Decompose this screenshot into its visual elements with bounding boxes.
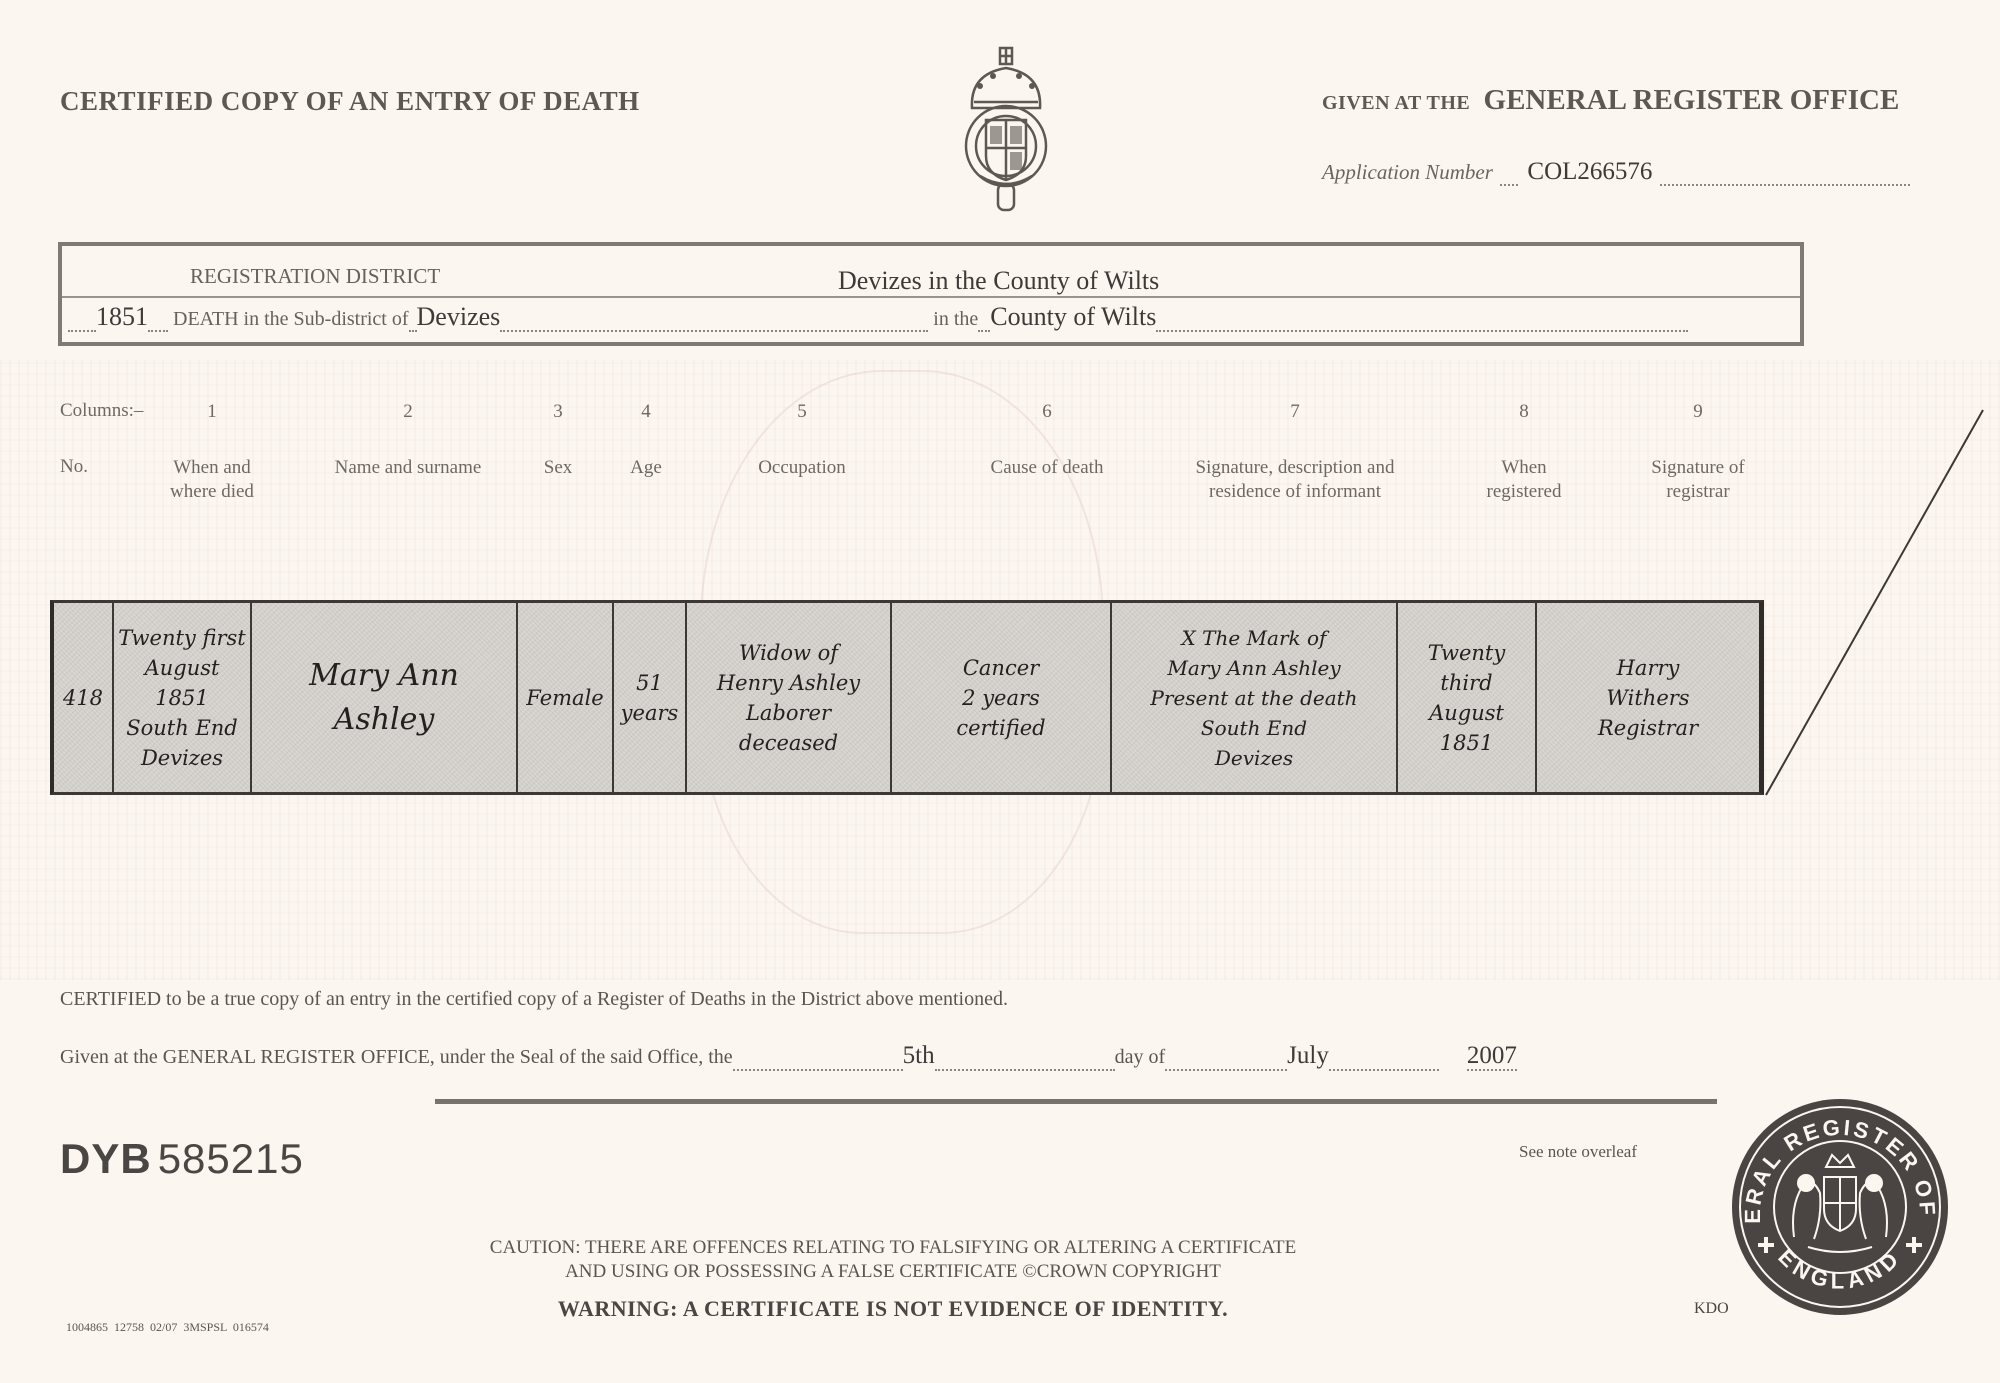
column-number-1: 1 [192, 400, 232, 424]
general-register-office-seal-icon: GENERAL REGISTER OFFICE ENGLAND [1730, 1097, 1950, 1317]
entry-text: Ashley [334, 698, 435, 742]
column-number-8: 8 [1504, 400, 1544, 424]
entry-text: Mary Ann [309, 654, 459, 698]
entry-text: South End [1201, 713, 1307, 743]
column-heading-name-surname: Name and surname [308, 456, 508, 480]
entry-text: third [1440, 668, 1492, 698]
column-heading-occupation: Occupation [732, 456, 872, 480]
serial-number: 585215 [158, 1135, 304, 1182]
serial-prefix: DYB [60, 1135, 152, 1182]
certificate-title: CERTIFIED COPY OF AN ENTRY OF DEATH [60, 86, 640, 117]
dotted-leader [733, 1069, 903, 1071]
column-number-6: 6 [1027, 400, 1067, 424]
entry-text: Mary Ann Ashley [1167, 653, 1340, 683]
royal-coat-of-arms-icon [960, 46, 1052, 214]
entry-number: 418 [54, 603, 114, 792]
heading-line: When [1469, 456, 1579, 480]
entry-text: Present at the death [1150, 683, 1357, 713]
given-month: July [1287, 1042, 1329, 1069]
dotted-leader [1156, 330, 1688, 332]
certification-statement: CERTIFIED to be a true copy of an entry … [60, 988, 1008, 1011]
columns-label: Columns:– [60, 400, 143, 422]
given-at-office: GENERAL REGISTER OFFICE [1484, 84, 1900, 116]
entry-text: X The Mark of [1182, 623, 1327, 653]
entry-cause-of-death: Cancer 2 years certified [892, 603, 1112, 792]
application-number-field: Application Number COL266576 [1322, 158, 1910, 186]
certificate-serial: DYB585215 [60, 1135, 304, 1183]
entry-text: Female [526, 683, 603, 713]
heading-line: residence of informant [1165, 480, 1425, 504]
column-heading-sex: Sex [528, 456, 588, 480]
dotted-leader [1329, 1069, 1439, 1071]
dotted-leader [1500, 184, 1518, 186]
see-note-overleaf: See note overleaf [1519, 1142, 1637, 1162]
registration-district-label: REGISTRATION DISTRICT [190, 264, 440, 289]
entry-text: Cancer [963, 653, 1039, 683]
heading-line: Signature of [1633, 456, 1763, 480]
entry-text: deceased [739, 728, 838, 758]
column-heading-no: No. [60, 456, 88, 478]
column-heading-age: Age [616, 456, 676, 480]
heading-line: registered [1469, 480, 1579, 504]
entry-text: 51 [636, 668, 663, 698]
entry-when-where-died: Twenty first August 1851 South End Deviz… [114, 603, 252, 792]
county-value: County of Wilts [990, 302, 1156, 331]
dotted-leader [68, 330, 96, 332]
entry-name: Mary Ann Ashley [252, 603, 518, 792]
entry-text: Henry Ashley [717, 668, 860, 698]
heading-line: Signature, description and [1165, 456, 1425, 480]
dotted-leader [148, 330, 168, 332]
entry-when-registered: Twenty third August 1851 [1398, 603, 1537, 792]
column-number-9: 9 [1678, 400, 1718, 424]
subdistrict-value: Devizes [417, 302, 501, 331]
print-code: 1004865 12758 02/07 3MSPSL 016574 [66, 1320, 269, 1335]
entry-text: Harry [1617, 653, 1680, 683]
death-subdistrict-label: DEATH in the Sub-district of [173, 308, 409, 330]
register-entry-row: 418 Twenty first August 1851 South End D… [50, 600, 1764, 795]
given-year: 2007 [1467, 1042, 1517, 1071]
entry-text: Withers [1606, 683, 1689, 713]
registration-district-value: Devizes in the County of Wilts [838, 266, 1159, 296]
registration-district-box: REGISTRATION DISTRICT Devizes in the Cou… [58, 242, 1804, 346]
entry-text: South End [126, 713, 238, 743]
dotted-leader [935, 1069, 1115, 1071]
caution-line: CAUTION: THERE ARE OFFENCES RELATING TO … [420, 1236, 1366, 1260]
heading-line: Sex [528, 456, 588, 480]
entry-text: 418 [63, 683, 103, 713]
dotted-leader [1165, 1069, 1287, 1071]
given-at-small: GIVEN AT THE [1322, 92, 1470, 114]
caution-notice: CAUTION: THERE ARE OFFENCES RELATING TO … [420, 1236, 1366, 1284]
given-prefix: Given at the GENERAL REGISTER OFFICE, un… [60, 1046, 733, 1068]
registration-year: 1851 [96, 302, 148, 331]
entry-text: Widow of [739, 638, 838, 668]
entry-text: Laborer [746, 698, 831, 728]
office-initials: KDO [1694, 1300, 1729, 1318]
column-number-5: 5 [782, 400, 822, 424]
column-heading-cause-of-death: Cause of death [957, 456, 1137, 480]
entry-text: 1851 [155, 683, 208, 713]
dotted-leader [409, 330, 417, 332]
heading-line: Name and surname [308, 456, 508, 480]
dotted-leader [1660, 184, 1910, 186]
given-at-heading: GIVEN AT THE GENERAL REGISTER OFFICE [1322, 84, 1899, 117]
day-of-label: day of [1115, 1046, 1166, 1068]
sub-district-row: 1851 DEATH in the Sub-district ofDevizes… [68, 302, 1688, 332]
column-heading-registrar: Signature of registrar [1633, 456, 1763, 504]
heading-line: Occupation [732, 456, 872, 480]
column-number-3: 3 [538, 400, 578, 424]
entry-text: Twenty [1428, 638, 1506, 668]
entry-text: Devizes [141, 743, 223, 773]
identity-warning: WARNING: A CERTIFICATE IS NOT EVIDENCE O… [420, 1296, 1366, 1322]
dotted-leader [500, 330, 928, 332]
divider [62, 296, 1800, 298]
column-number-7: 7 [1275, 400, 1315, 424]
horizontal-rule [435, 1099, 1717, 1104]
heading-line: When and [142, 456, 282, 480]
column-number-4: 4 [626, 400, 666, 424]
column-heading-informant: Signature, description and residence of … [1165, 456, 1425, 504]
column-heading-when-registered: When registered [1469, 456, 1579, 504]
given-day: 5th [903, 1042, 935, 1069]
given-date-line: Given at the GENERAL REGISTER OFFICE, un… [60, 1042, 1517, 1071]
entry-sex: Female [518, 603, 614, 792]
column-heading-when-where-died: When and where died [142, 456, 282, 504]
entry-text: Registrar [1598, 713, 1698, 743]
entry-informant: X The Mark of Mary Ann Ashley Present at… [1112, 603, 1398, 792]
entry-text: certified [956, 713, 1045, 743]
entry-text: Devizes [1215, 743, 1293, 773]
in-the-label: in the [933, 308, 978, 330]
entry-text: 2 years [962, 683, 1040, 713]
application-number-label: Application Number [1322, 160, 1493, 184]
entry-text: 1851 [1440, 728, 1493, 758]
entry-text: August [145, 653, 220, 683]
heading-line: registrar [1633, 480, 1763, 504]
entry-age: 51 years [614, 603, 687, 792]
dotted-leader [978, 330, 990, 332]
entry-registrar: Harry Withers Registrar [1537, 603, 1759, 792]
heading-line: where died [142, 480, 282, 504]
heading-line: Cause of death [957, 456, 1137, 480]
entry-text: years [621, 698, 679, 728]
application-number-value: COL266576 [1527, 158, 1652, 185]
column-number-2: 2 [388, 400, 428, 424]
entry-text: August [1429, 698, 1504, 728]
entry-occupation: Widow of Henry Ashley Laborer deceased [687, 603, 892, 792]
heading-line: Age [616, 456, 676, 480]
entry-text: Twenty first [118, 623, 245, 653]
caution-line: AND USING OR POSSESSING A FALSE CERTIFIC… [420, 1260, 1366, 1284]
